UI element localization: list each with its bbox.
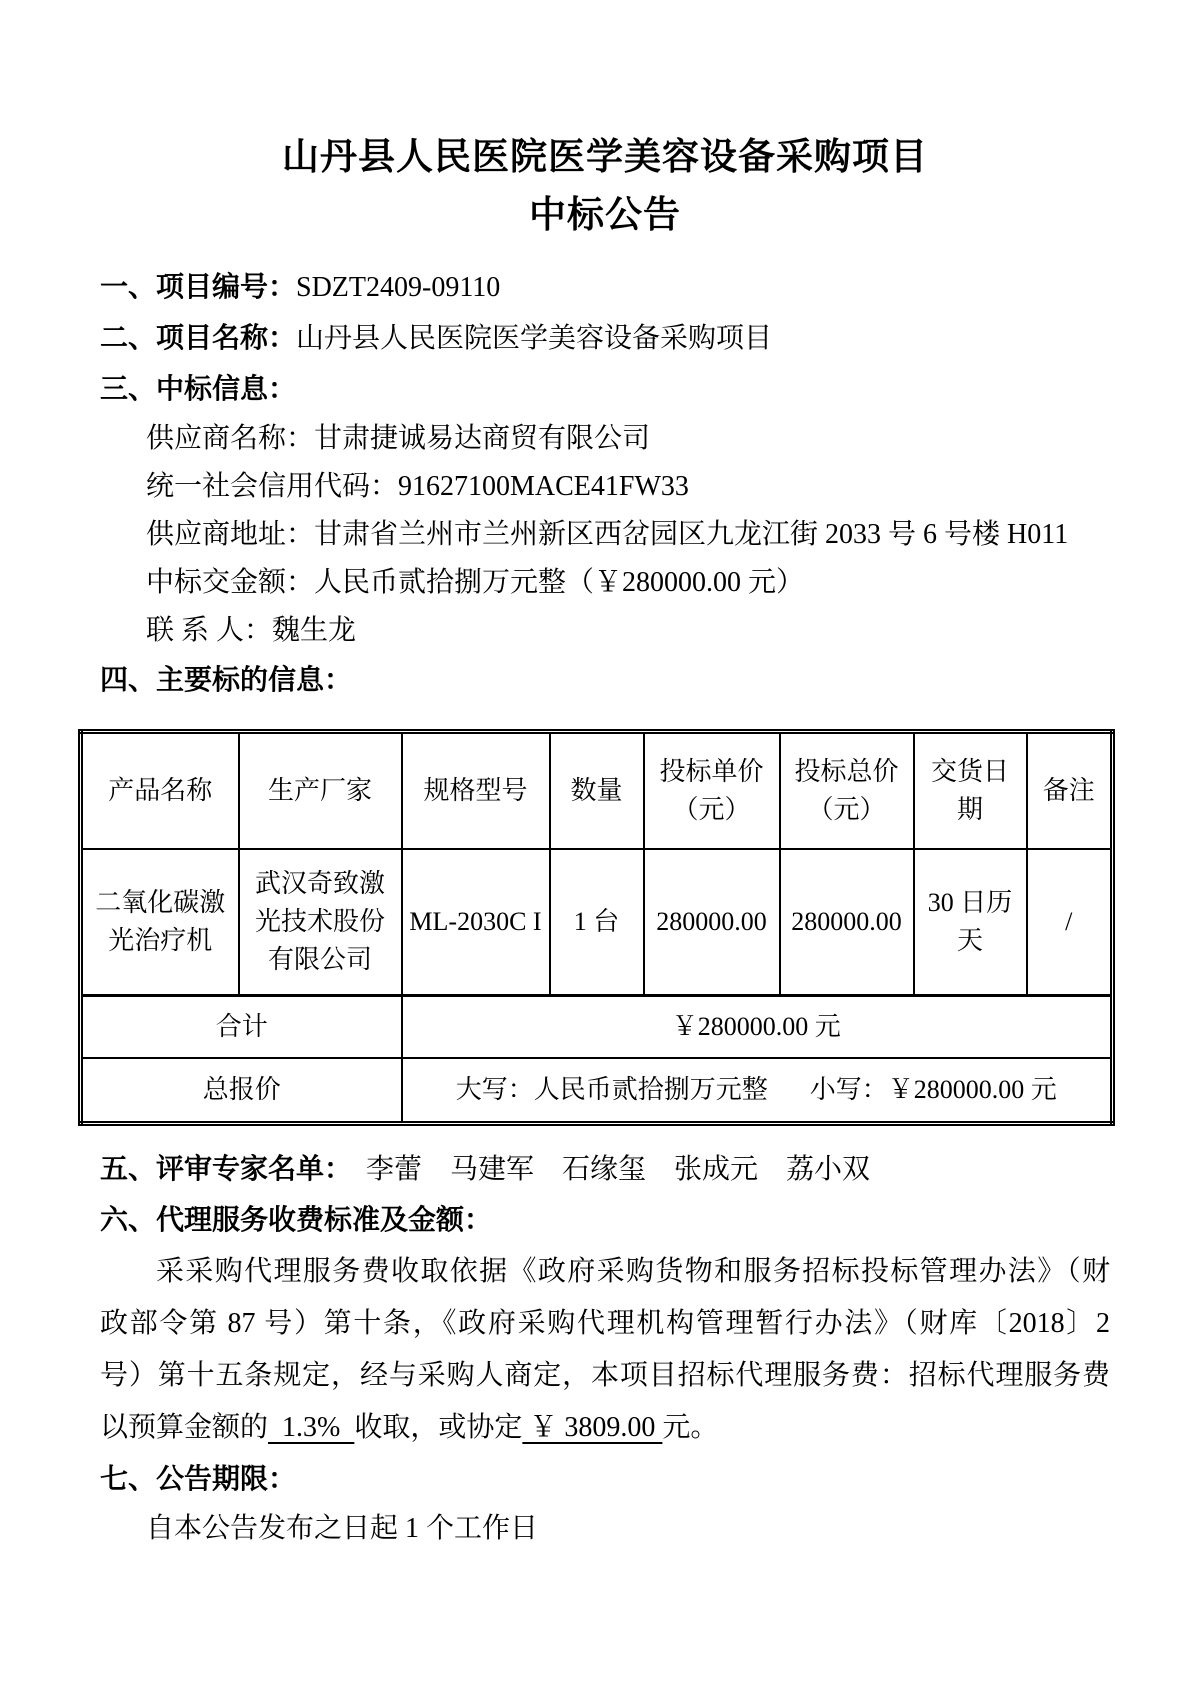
cell-total-price: 280000.00 bbox=[780, 849, 914, 996]
project-name-value: 山丹县人民医院医学美容设备采购项目 bbox=[296, 323, 772, 354]
header-manufacturer: 生产厂家 bbox=[239, 732, 402, 850]
cell-quantity: 1 台 bbox=[550, 849, 644, 996]
header-model: 规格型号 bbox=[402, 732, 550, 850]
title-line-1: 山丹县人民医院医学美容设备采购项目 bbox=[100, 128, 1110, 186]
cell-model: ML-2030C I bbox=[402, 849, 550, 996]
section-3-heading: 三、中标信息： bbox=[100, 373, 296, 404]
project-number-value: SDZT2409-09110 bbox=[296, 272, 500, 303]
section-bid-items: 四、主要标的信息： bbox=[100, 655, 1110, 706]
table-row: 二氧化碳激光治疗机 武汉奇致激光技术股份有限公司 ML-2030C I 1 台 … bbox=[81, 849, 1113, 996]
title-line-2: 中标公告 bbox=[100, 186, 1110, 244]
grand-total-row: 总报价 大写：人民币贰拾捌万元整小写：￥280000.00 元 bbox=[81, 1058, 1113, 1124]
section-project-name: 二、项目名称：山丹县人民医院医学美容设备采购项目 bbox=[100, 313, 1110, 364]
document-title: 山丹县人民医院医学美容设备采购项目 中标公告 bbox=[100, 128, 1110, 244]
contact-person-value: 魏生龙 bbox=[272, 615, 356, 646]
award-amount-label: 中标交金额： bbox=[146, 567, 314, 598]
section-2-heading: 二、项目名称： bbox=[100, 322, 296, 353]
section-6-heading: 六、代理服务收费标准及金额： bbox=[100, 1204, 492, 1235]
supplier-name-line: 供应商名称：甘肃捷诚易达商贸有限公司 bbox=[146, 415, 1110, 463]
table-header-row: 产品名称 生产厂家 规格型号 数量 投标单价（元） 投标总价（元） 交货日期 备… bbox=[81, 732, 1113, 850]
section-4-heading: 四、主要标的信息： bbox=[100, 664, 352, 695]
expert-names: 李蕾 马建军 石缘玺 张成元 荔小双 bbox=[366, 1154, 870, 1185]
header-quantity: 数量 bbox=[550, 732, 644, 850]
fee-paragraph-line-3: 号）第十五条规定，经与采购人商定，本项目招标代理服务费：招标代理服务费 bbox=[100, 1350, 1110, 1402]
subtotal-value: ￥280000.00 元 bbox=[402, 996, 1113, 1059]
header-delivery: 交货日期 bbox=[914, 732, 1027, 850]
cell-manufacturer: 武汉奇致激光技术股份有限公司 bbox=[239, 849, 402, 996]
announcement-page: 山丹县人民医院医学美容设备采购项目 中标公告 一、项目编号：SDZT2409-0… bbox=[0, 0, 1191, 1684]
header-total-price: 投标总价（元） bbox=[780, 732, 914, 850]
header-unit-price: 投标单价（元） bbox=[644, 732, 780, 850]
grand-total-label: 总报价 bbox=[81, 1058, 402, 1124]
cell-remark: / bbox=[1027, 849, 1113, 996]
section-project-number: 一、项目编号：SDZT2409-09110 bbox=[100, 262, 1110, 313]
fee-amount-suffix: 元。 bbox=[662, 1412, 718, 1443]
cell-unit-price: 280000.00 bbox=[644, 849, 780, 996]
contact-person-line: 联 系 人：魏生龙 bbox=[146, 607, 1110, 655]
subtotal-row: 合计 ￥280000.00 元 bbox=[81, 996, 1113, 1059]
grand-total-value: 大写：人民币贰拾捌万元整小写：￥280000.00 元 bbox=[402, 1058, 1113, 1124]
fee-rate-middle: 收取，或协定 bbox=[354, 1412, 522, 1443]
supplier-name-label: 供应商名称： bbox=[146, 423, 314, 454]
grand-total-figures: 小写：￥280000.00 元 bbox=[810, 1075, 1057, 1104]
header-remark: 备注 bbox=[1027, 732, 1113, 850]
award-amount-line: 中标交金额：人民币贰拾捌万元整（￥280000.00 元） bbox=[146, 559, 1110, 607]
supplier-name-value: 甘肃捷诚易达商贸有限公司 bbox=[314, 423, 650, 454]
grand-total-words: 大写：人民币贰拾捌万元整 bbox=[456, 1075, 768, 1104]
credit-code-label: 统一社会信用代码： bbox=[146, 471, 398, 502]
cell-product: 二氧化碳激光治疗机 bbox=[81, 849, 239, 996]
section-experts: 五、评审专家名单：李蕾 马建军 石缘玺 张成元 荔小双 bbox=[100, 1144, 1110, 1195]
section-1-heading: 一、项目编号： bbox=[100, 271, 296, 302]
announcement-period-value: 自本公告发布之日起 1 个工作日 bbox=[146, 1505, 1110, 1553]
bid-items-table: 产品名称 生产厂家 规格型号 数量 投标单价（元） 投标总价（元） 交货日期 备… bbox=[78, 729, 1115, 1126]
fee-rate-prefix: 以预算金额的 bbox=[100, 1412, 268, 1443]
section-award-info: 三、中标信息： bbox=[100, 364, 1110, 415]
credit-code-value: 91627100MACE41FW33 bbox=[398, 471, 689, 502]
supplier-address-value: 甘肃省兰州市兰州新区西岔园区九龙江街 2033 号 6 号楼 H011 bbox=[314, 519, 1068, 550]
cell-delivery: 30 日历天 bbox=[914, 849, 1027, 996]
supplier-address-line: 供应商地址：甘肃省兰州市兰州新区西岔园区九龙江街 2033 号 6 号楼 H01… bbox=[146, 511, 1110, 559]
header-product: 产品名称 bbox=[81, 732, 239, 850]
section-7-heading: 七、公告期限： bbox=[100, 1463, 296, 1494]
fee-paragraph-line-1: 采采购代理服务费收取依据《政府采购货物和服务招标投标管理办法》（财 bbox=[100, 1246, 1110, 1298]
subtotal-label: 合计 bbox=[81, 996, 402, 1059]
fee-amount-value: ￥ 3809.00 bbox=[522, 1412, 662, 1443]
section-5-heading: 五、评审专家名单： bbox=[100, 1153, 352, 1184]
fee-paragraph-line-2: 政部令第 87 号）第十条，《政府采购代理机构管理暂行办法》（财库〔2018〕2 bbox=[100, 1298, 1110, 1350]
fee-paragraph-line-4: 以预算金额的 1.3% 收取，或协定 ￥ 3809.00 元。 bbox=[100, 1402, 1110, 1454]
section-announcement-period: 七、公告期限： bbox=[100, 1454, 1110, 1505]
credit-code-line: 统一社会信用代码：91627100MACE41FW33 bbox=[146, 463, 1110, 511]
supplier-address-label: 供应商地址： bbox=[146, 519, 314, 550]
contact-person-label: 联 系 人： bbox=[146, 615, 272, 646]
award-amount-value: 人民币贰拾捌万元整（￥280000.00 元） bbox=[314, 567, 804, 598]
fee-rate-value: 1.3% bbox=[268, 1412, 354, 1443]
section-agency-fee: 六、代理服务收费标准及金额： bbox=[100, 1195, 1110, 1246]
